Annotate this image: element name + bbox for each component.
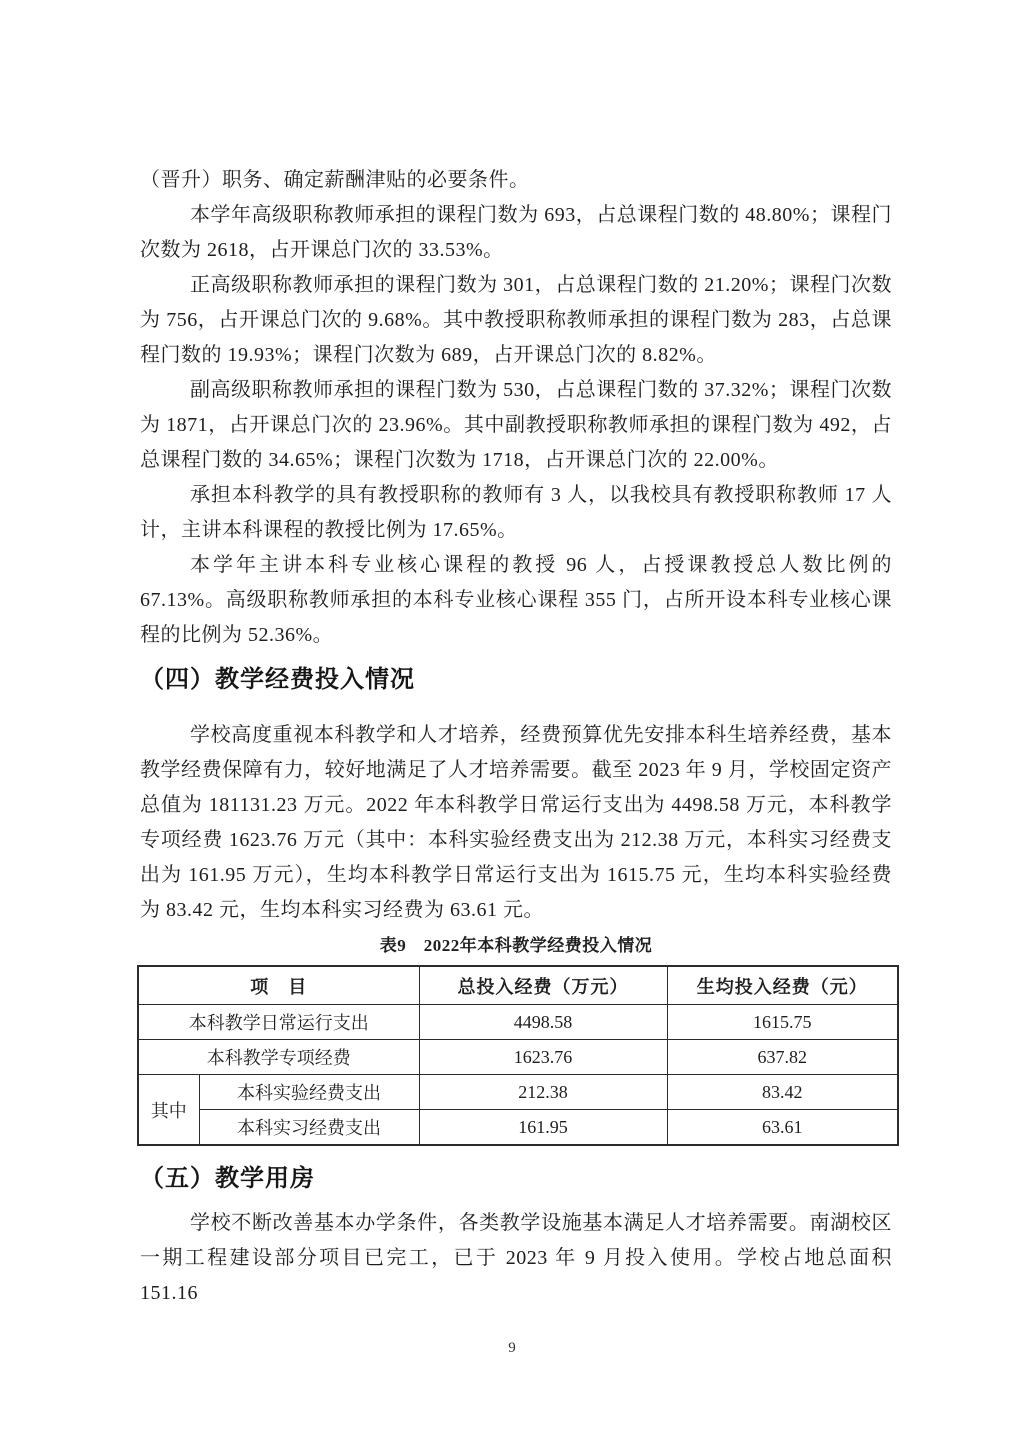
paragraph-funding-overview: 学校高度重视本科教学和人才培养，经费预算优先安排本科生培养经费，基本教学经费保障… — [140, 718, 892, 928]
row-total: 161.95 — [419, 1110, 667, 1146]
table-row: 本科实习经费支出 161.95 63.61 — [138, 1110, 898, 1146]
page-number: 9 — [0, 1340, 1024, 1357]
header-item: 项 目 — [138, 966, 419, 1005]
table-row: 本科教学日常运行支出 4498.58 1615.75 — [138, 1005, 898, 1040]
row-label: 本科教学专项经费 — [138, 1040, 419, 1075]
paragraph-teaching-space: 学校不断改善基本办学条件，各类教学设施基本满足人才培养需要。南湖校区一期工程建设… — [140, 1206, 892, 1311]
paragraph-senior-title-courses: 本学年高级职称教师承担的课程门数为 693，占总课程门数的 48.80%；课程门… — [140, 198, 892, 268]
row-label: 本科实验经费支出 — [199, 1075, 419, 1110]
section-heading-funding: （四）教学经费投入情况 — [140, 662, 892, 698]
page-content: （晋升）职务、确定薪酬津贴的必要条件。 本学年高级职称教师承担的课程门数为 69… — [140, 163, 892, 1311]
paragraph-full-senior-courses: 正高级职称教师承担的课程门数为 301，占总课程门数的 21.20%；课程门次数… — [140, 268, 892, 373]
paragraph-professor-ratio: 承担本科教学的具有教授职称的教师有 3 人，以我校具有教授职称教师 17 人计，… — [140, 478, 892, 548]
table-caption: 表9 2022年本科教学经费投入情况 — [140, 933, 892, 959]
table-header-row: 项 目 总投入经费（万元） 生均投入经费（元） — [138, 966, 898, 1005]
row-per-student: 637.82 — [667, 1040, 898, 1075]
table-row: 其中 本科实验经费支出 212.38 83.42 — [138, 1075, 898, 1110]
row-per-student: 83.42 — [667, 1075, 898, 1110]
merge-label-qizhong: 其中 — [138, 1075, 199, 1146]
row-label: 本科教学日常运行支出 — [138, 1005, 419, 1040]
row-total: 4498.58 — [419, 1005, 667, 1040]
row-per-student: 1615.75 — [667, 1005, 898, 1040]
row-label: 本科实习经费支出 — [199, 1110, 419, 1146]
header-per-student-funding: 生均投入经费（元） — [667, 966, 898, 1005]
funding-table: 项 目 总投入经费（万元） 生均投入经费（元） 本科教学日常运行支出 4498.… — [137, 965, 899, 1146]
row-per-student: 63.61 — [667, 1110, 898, 1146]
section-heading-teaching-space: （五）教学用房 — [140, 1161, 892, 1197]
paragraph-core-courses: 本学年主讲本科专业核心课程的教授 96 人，占授课教授总人数比例的 67.13%… — [140, 548, 892, 653]
header-total-funding: 总投入经费（万元） — [419, 966, 667, 1005]
paragraph-assoc-senior-courses: 副高级职称教师承担的课程门数为 530，占总课程门数的 37.32%；课程门次数… — [140, 373, 892, 478]
row-total: 212.38 — [419, 1075, 667, 1110]
table-row: 本科教学专项经费 1623.76 637.82 — [138, 1040, 898, 1075]
row-total: 1623.76 — [419, 1040, 667, 1075]
paragraph-continuation: （晋升）职务、确定薪酬津贴的必要条件。 — [140, 163, 892, 198]
